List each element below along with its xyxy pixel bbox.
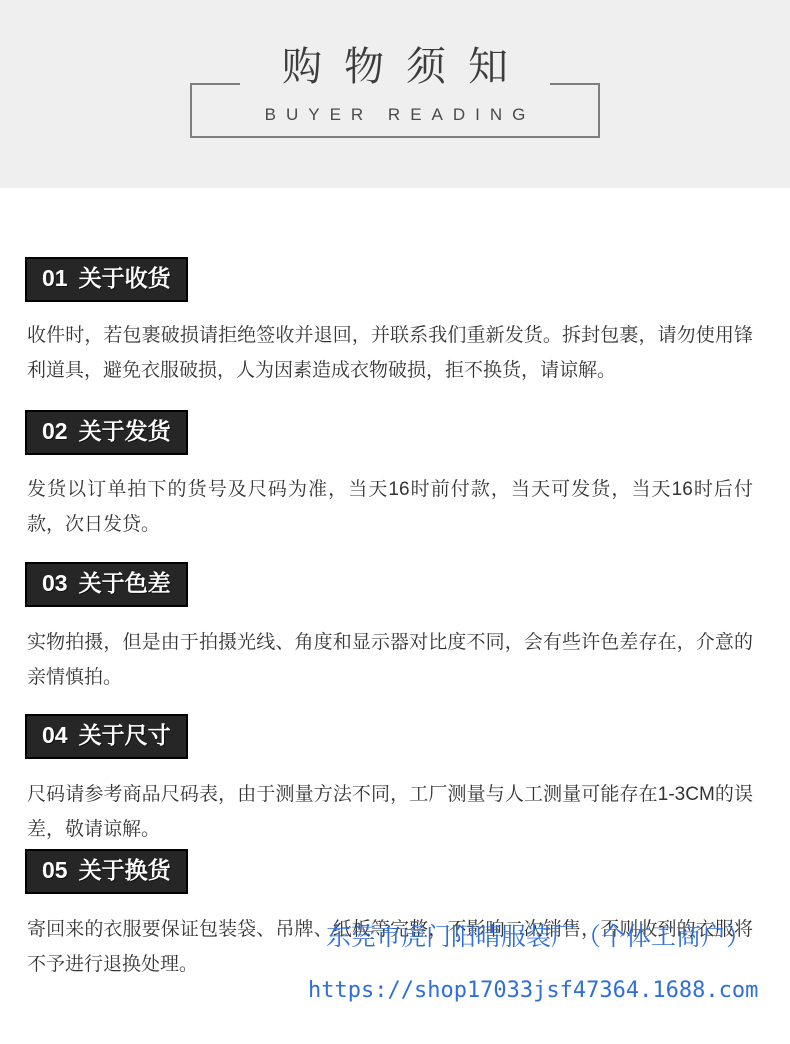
section-03-body: 实物拍摄，但是由于拍摄光线、角度和显示器对比度不同，会有些许色差存在，介意的亲情… — [27, 625, 753, 695]
section-number: 02 — [42, 418, 68, 444]
section-title: 关于色差 — [79, 570, 171, 596]
section-number: 05 — [42, 857, 68, 883]
section-title: 关于收货 — [79, 265, 171, 291]
buyer-reading-page: 购物须知 BUYER READING 01关于收货 收件时，若包裹破损请拒绝签收… — [0, 0, 790, 1044]
section-03-badge: 03关于色差 — [25, 562, 188, 607]
section-title: 关于尺寸 — [79, 722, 171, 748]
shop-watermark-company: 东莞市虎门阳晴服装厂（个体工商户） — [326, 920, 751, 954]
section-04-badge: 04关于尺寸 — [25, 714, 188, 759]
section-number: 01 — [42, 265, 68, 291]
shop-watermark-url[interactable]: https://shop17033jsf47364.1688.com — [308, 977, 758, 1005]
page-title: 购物须知 — [240, 44, 550, 90]
section-02-badge: 02关于发货 — [25, 410, 188, 455]
section-01-body: 收件时，若包裹破损请拒绝签收并退回，并联系我们重新发货。拆封包裹，请勿使用锋利道… — [27, 318, 753, 388]
section-02-body: 发货以订单拍下的货号及尺码为准，当天16时前付款，当天可发货，当天16时后付款，… — [27, 472, 753, 542]
section-title: 关于发货 — [79, 418, 171, 444]
section-number: 03 — [42, 570, 68, 596]
section-04-body: 尺码请参考商品尺码表，由于测量方法不同，工厂测量与人工测量可能存在1-3CM的误… — [27, 777, 753, 847]
section-number: 04 — [42, 722, 68, 748]
page-subtitle: BUYER READING — [0, 105, 790, 125]
section-05-badge: 05关于换货 — [25, 849, 188, 894]
section-01-badge: 01关于收货 — [25, 257, 188, 302]
header-banner: 购物须知 BUYER READING — [0, 0, 790, 188]
section-title: 关于换货 — [79, 857, 171, 883]
